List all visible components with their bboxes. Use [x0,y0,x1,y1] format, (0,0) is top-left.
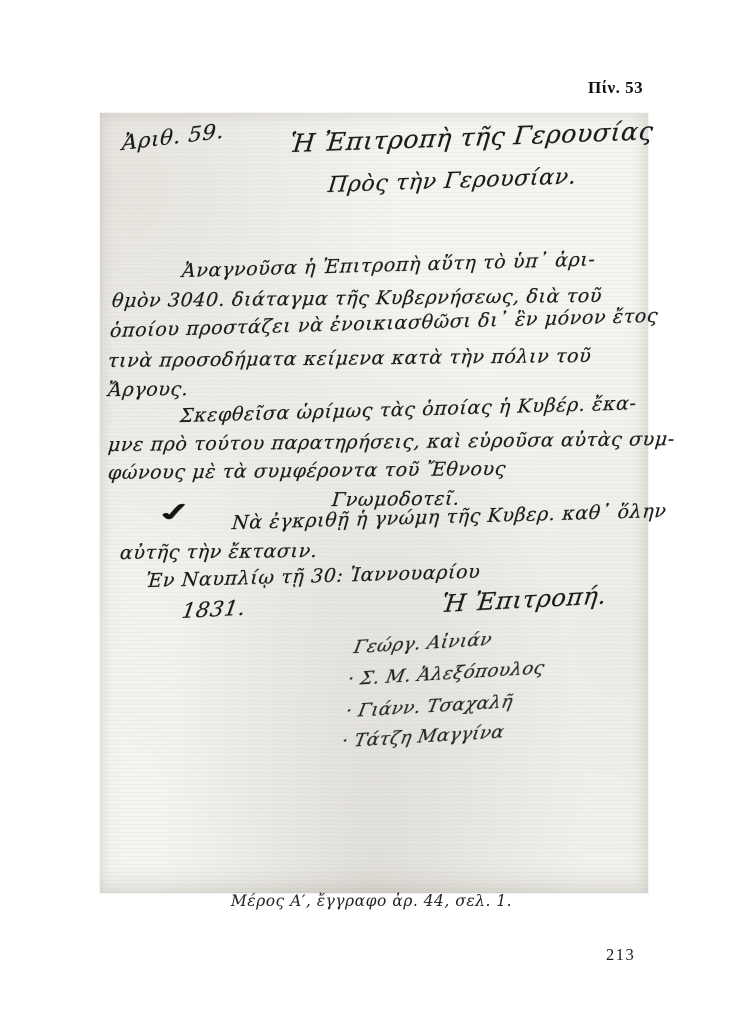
manuscript-heading-line-2: Πρὸς τὴν Γερουσίαν. [327,164,578,198]
manuscript-body-line: φώνους μὲ τὰ συμφέροντα τοῦ Ἔθνους [107,458,507,484]
committee-signature-label: Ἡ Ἐπιτροπή. [440,581,608,618]
book-page: Πίν. 53 Ἀριθ. 59. Ἡ Ἐπιτροπὴ τῆς Γερουσί… [0,0,743,1027]
decision-line: αὐτῆς τὴν ἔκτασιν. [119,540,319,564]
manuscript-body-line: Σκεφθεῖσα ὡρίμως τὰς ὁποίας ἡ Κυβέρ. ἔκα… [179,392,637,427]
signature-1: Γεώργ. Αἰνιάν [352,629,494,658]
plate-label: Πίν. 53 [588,78,643,98]
manuscript-body-line: μνε πρὸ τούτου παρατηρήσεις, καὶ εὑροῦσα… [107,428,676,456]
page-number: 213 [606,945,635,965]
year-line: 1831. [180,596,248,623]
signature-3: · Γιάνν. Τσαχαλῆ [344,691,515,722]
manuscript-body-line: Ἀναγνοῦσα ἡ Ἐπιτροπὴ αὕτη τὸ ὑπ᾽ ἀρι- [181,248,596,282]
place-date-line: Ἐν Ναυπλίῳ τῇ 30: Ἰαννουαρίου [145,561,481,592]
margin-checkmark-icon: ✓ [151,496,199,528]
figure-caption: Μέρος Α′, ἔγγραφο ἀρ. 44, σελ. 1. [0,892,743,910]
manuscript-body-line: Ἄργους. [107,378,190,401]
doc-number: Ἀριθ. 59. [121,119,224,155]
signature-2: · Σ. Μ. Ἀλεξόπουλος [346,657,546,690]
manuscript-heading-line-1: Ἡ Ἐπιτροπὴ τῆς Γερουσίας [288,116,654,158]
decision-line: Νὰ ἐγκριθῇ ἡ γνώμη τῆς Κυβερ. καθ᾽ ὅλην [231,500,667,534]
manuscript-scan: Ἀριθ. 59. Ἡ Ἐπιτροπὴ τῆς Γερουσίας Πρὸς … [100,113,648,893]
signature-4: · Τάτζη Μαγγίνα [340,721,506,752]
manuscript-body-line: τινὰ προσοδήματα κείμενα κατὰ τὴν πόλιν … [107,345,592,372]
